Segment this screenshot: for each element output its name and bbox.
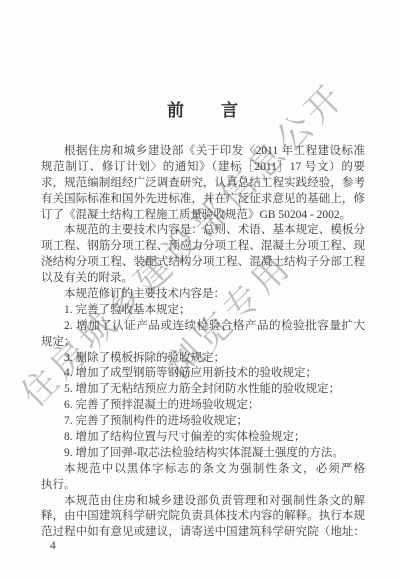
text-line: 订了《混凝土结构工程施工质量验收规范》GB 50204 - 2002。 [41, 208, 365, 224]
text-line: 释，由中国建筑科学研究院负责具体技术内容的解释。执行本规 [41, 509, 365, 525]
text-line: 执行。 [41, 478, 365, 494]
text-line: 5. 增加了无粘结预应力筋全封闭防水性能的验收规定； [41, 382, 365, 398]
page-content: 前 言 根据住房和城乡建设部《关于印发〈2011 年工程建设标准规范制订、修订计… [0, 0, 400, 579]
text-line: 8. 增加了结构位置与尺寸偏差的实体检验规定； [41, 430, 365, 446]
text-line: 2. 增加了认证产品或连续检验合格产品的检验批容量扩大 [41, 319, 365, 335]
scanned-document-page: 住房城乡建设部信息公开 浏览专用 前 言 根据住房和城乡建设部《关于印发〈201… [0, 0, 400, 579]
text-line: 求，规范编制组经广泛调查研究，认真总结工程实践经验，参考 [41, 176, 365, 192]
text-line: 根据住房和城乡建设部《关于印发〈2011 年工程建设标准 [41, 144, 365, 160]
document-body: 根据住房和城乡建设部《关于印发〈2011 年工程建设标准规范制订、修订计划〉的通… [41, 144, 365, 541]
text-line: 本规范的主要技术内容是：总则、术语、基本规定、模板分 [41, 223, 365, 239]
page-number: 4 [50, 540, 56, 552]
page-title: 前 言 [41, 96, 365, 121]
text-line: 本规范中以黑体字标志的条文为强制性条文，必须严格 [41, 462, 365, 478]
text-line: 规定； [41, 335, 365, 351]
text-line: 范过程中如有意见或建议，请寄送中国建筑科学研究院（地址： [41, 525, 365, 541]
text-line: 3. 删除了模板拆除的验收规定； [41, 351, 365, 367]
text-line: 本规范由住房和城乡建设部负责管理和对强制性条文的解 [41, 494, 365, 510]
text-line: 浇结构分项工程、装配式结构分项工程、混凝土结构子分部工程 [41, 255, 365, 271]
text-line: 6. 完善了预拌混凝土的进场验收规定； [41, 398, 365, 414]
text-line: 1. 完善了验收基本规定； [41, 303, 365, 319]
text-line: 规范制订、修订计划〉的通知》（建标［2011］17 号文）的要 [41, 160, 365, 176]
text-line: 有关国际标准和国外先进标准，并在广泛征求意见的基础上，修 [41, 192, 365, 208]
text-line: 4. 增加了成型钢筋等钢筋应用新技术的验收规定； [41, 366, 365, 382]
text-line: 本规范修订的主要技术内容是： [41, 287, 365, 303]
text-line: 7. 完善了预制构件的进场验收规定； [41, 414, 365, 430]
text-line: 以及有关的附录。 [41, 271, 365, 287]
text-line: 9. 增加了回弹-取芯法检验结构实体混凝土强度的方法。 [41, 446, 365, 462]
text-line: 项工程、钢筋分项工程、预应力分项工程、混凝土分项工程、现 [41, 239, 365, 255]
